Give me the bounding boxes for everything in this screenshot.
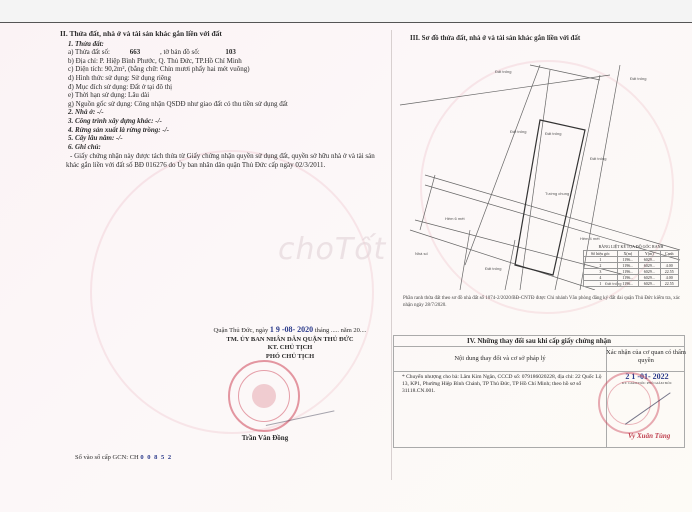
svg-text:Nhà số: Nhà số (415, 251, 428, 256)
scan-top-margin (0, 0, 692, 22)
svg-text:Đất trống: Đất trống (510, 129, 526, 134)
svg-text:Đất trống: Đất trống (495, 69, 511, 74)
issuing-org: TM. ỦY BAN NHÂN DÂN QUẬN THỦ ĐỨC (175, 336, 405, 345)
svg-text:Đất trống: Đất trống (485, 266, 501, 271)
kt-title: KT. CHỦ TỊCH (175, 344, 405, 353)
serial-line: Số vào sổ cấp GCN: CH 0 0 8 5 2 (75, 454, 172, 461)
svg-text:Đất trống: Đất trống (545, 131, 561, 136)
issue-date-line: Quận Thủ Đức, ngày 1 9 -08- 2020 tháng .… (175, 326, 405, 336)
coord-cell: 1 (584, 281, 618, 287)
usage-form: d) Hình thức sử dụng: Sử dụng riêng (60, 74, 385, 83)
serial-number: 0 0 8 5 2 (140, 454, 172, 461)
svg-text:Hẻm 4 mét: Hẻm 4 mét (580, 236, 600, 241)
coord-cell: 6029... (638, 281, 660, 287)
coord-table-title: BẢNG LIỆT KÊ TỌA ĐỘ GÓC RANH (583, 244, 679, 249)
signer-name: Trần Văn Đồng (200, 434, 330, 442)
section-2-title: II. Thửa đất, nhà ở và tài sản khác gắn … (60, 30, 385, 39)
notes-heading: 6. Ghi chú: (60, 143, 385, 152)
usage-term: e) Thời hạn sử dụng: Lâu dài (60, 91, 385, 100)
changes-header: Nội dung thay đổi và cơ sở pháp lý Xác n… (394, 346, 684, 372)
section-3-title: III. Sơ đồ thửa đất, nhà ở và tài sản kh… (410, 34, 580, 42)
land-origin: g) Nguồn gốc sử dụng: Công nhận QSDĐ như… (60, 100, 385, 109)
map-sheet-number: 103 (225, 48, 236, 56)
role-title: PHÓ CHỦ TỊCH (175, 353, 405, 362)
coord-row: 1 1196... 6029... 22.55 (584, 281, 679, 287)
serial-label: Số vào sổ cấp GCN: CH (75, 454, 139, 461)
date-prefix: Quận Thủ Đức, ngày (214, 327, 269, 334)
svg-text:Đất trống: Đất trống (590, 156, 606, 161)
coordinate-table: BẢNG LIỆT KÊ TỌA ĐỘ GÓC RANH Số hiệu góc… (583, 244, 679, 287)
changes-col-content: Nội dung thay đổi và cơ sở pháp lý (394, 347, 607, 371)
map-sheet-label: , tờ bản đồ số: (160, 48, 200, 56)
map-note: Phần ranh thửa đất theo sơ đồ nhà đất số… (403, 296, 683, 309)
chotot-watermark: choTốt (278, 232, 386, 267)
svg-text:Tường chung: Tường chung (545, 191, 569, 196)
area: c) Diện tích: 90,2m², (bằng chữ: Chín mư… (60, 65, 385, 74)
house-heading: 2. Nhà ở: -/- (60, 108, 385, 117)
svg-text:Hẻm 6 mét: Hẻm 6 mét (445, 216, 465, 221)
other-construction-heading: 3. Công trình xây dựng khác: -/- (60, 117, 385, 126)
usage-purpose: đ) Mục đích sử dụng: Đất ở tại đô thị (60, 83, 385, 92)
confirmation-signer: Vy Xuân Tùng (628, 432, 670, 440)
section-4-title: IV. Những thay đổi sau khi cấp giấy chứn… (394, 336, 684, 346)
section-land-info: II. Thửa đất, nhà ở và tài sản khác gắn … (60, 30, 385, 170)
page-divider (391, 30, 392, 480)
change-entry-text: * Chuyển nhượng cho bà: Lâm Kim Ngân, CC… (402, 374, 602, 395)
signature-block: Quận Thủ Đức, ngày 1 9 -08- 2020 tháng .… (175, 326, 405, 361)
svg-text:Đất trống: Đất trống (630, 76, 646, 81)
date-suffix: tháng ..... năm 20.... (315, 327, 367, 334)
notes-text: - Giấy chứng nhận này được tách thửa từ … (60, 152, 385, 169)
changes-col-confirmation: Xác nhận của cơ quan có thẩm quyền (606, 349, 686, 365)
coord-cell: 1196... (617, 281, 638, 287)
parcel-line: a) Thửa đất số: 663 , tờ bản đồ số: 103 (60, 48, 385, 57)
coord-cell: 22.55 (660, 281, 678, 287)
planted-forest-heading: 4. Rừng sản xuất là rừng trồng: -/- (60, 126, 385, 135)
parcel-label: a) Thửa đất số: (68, 48, 110, 56)
perennial-trees-heading: 5. Cây lâu năm: -/- (60, 134, 385, 143)
land-heading: 1. Thửa đất: (60, 40, 385, 49)
address: b) Địa chỉ: P. Hiệp Bình Phước, Q. Thủ Đ… (60, 57, 385, 66)
parcel-number: 663 (130, 48, 141, 56)
date-stamp: 1 9 -08- 2020 (270, 325, 313, 334)
